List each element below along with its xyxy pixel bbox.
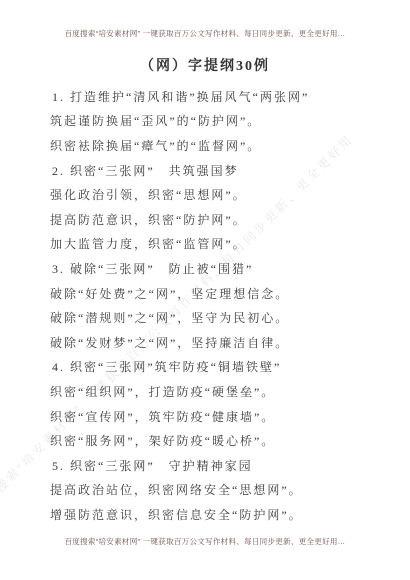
outline-line: 提高防范意识，织密“防护网”。: [50, 207, 390, 232]
outline-line: 破除“好处费”之“网”，坚定理想信念。: [50, 281, 390, 306]
outline-line: 提高政治站位，织密网络安全“思想网”。: [50, 478, 390, 503]
outline-line: 织密“宣传网”，筑牢防疫“健康墙”。: [50, 404, 390, 429]
outline-line: 破除“发财梦”之“网”，坚持廉洁自律。: [50, 330, 390, 355]
outline-heading-2: 2. 织密“三张网” 共筑强国梦: [50, 158, 390, 183]
outline-line: 筑起谨防换届“歪风”的“防护网”。: [50, 109, 390, 134]
outline-line: 破除“潜规则”之“网”，坚守为民初心。: [50, 305, 390, 330]
outline-content: 1. 打造维护“清风和谐”换届风气“两张网” 筑起谨防换届“歪风”的“防护网”。…: [50, 84, 390, 527]
outline-heading-5: 5. 织密“三张网” 守护精神家园: [50, 453, 390, 478]
header-promo-note: 百度搜索“培安素材网” 一键获取百万公文写作材料、每日同步更新、更全更好用…: [0, 28, 410, 39]
outline-heading-1: 1. 打造维护“清风和谐”换届风气“两张网”: [50, 84, 390, 109]
outline-line: 织密“组织网”，打造防疫“硬堡垒”。: [50, 379, 390, 404]
outline-line: 织密“服务网”，架好防疫“暖心桥”。: [50, 428, 390, 453]
document-page: 百度搜索“培安素材网” 一键获取百万公文写作材料、每日同步更新、更全更好用 百度…: [0, 0, 410, 580]
outline-line: 织密袪除换届“瘴气”的“监督网”。: [50, 133, 390, 158]
footer-promo-note: 百度搜索“培安素材网” 一键获取百万公文写作材料、每日同步更新、更全更好用…: [0, 536, 410, 547]
outline-line: 增强防范意识，织密信息安全“防护网”。: [50, 502, 390, 527]
outline-line: 强化政治引领，织密“思想网”。: [50, 182, 390, 207]
page-title: （网）字提纲30例: [0, 55, 410, 75]
outline-heading-3: 3. 破除“三张网” 防止被“围猎”: [50, 256, 390, 281]
outline-line: 加大监管力度，织密“监管网”。: [50, 232, 390, 257]
outline-heading-4: 4. 织密“三张网”筑牢防疫“铜墙铁壁”: [50, 355, 390, 380]
